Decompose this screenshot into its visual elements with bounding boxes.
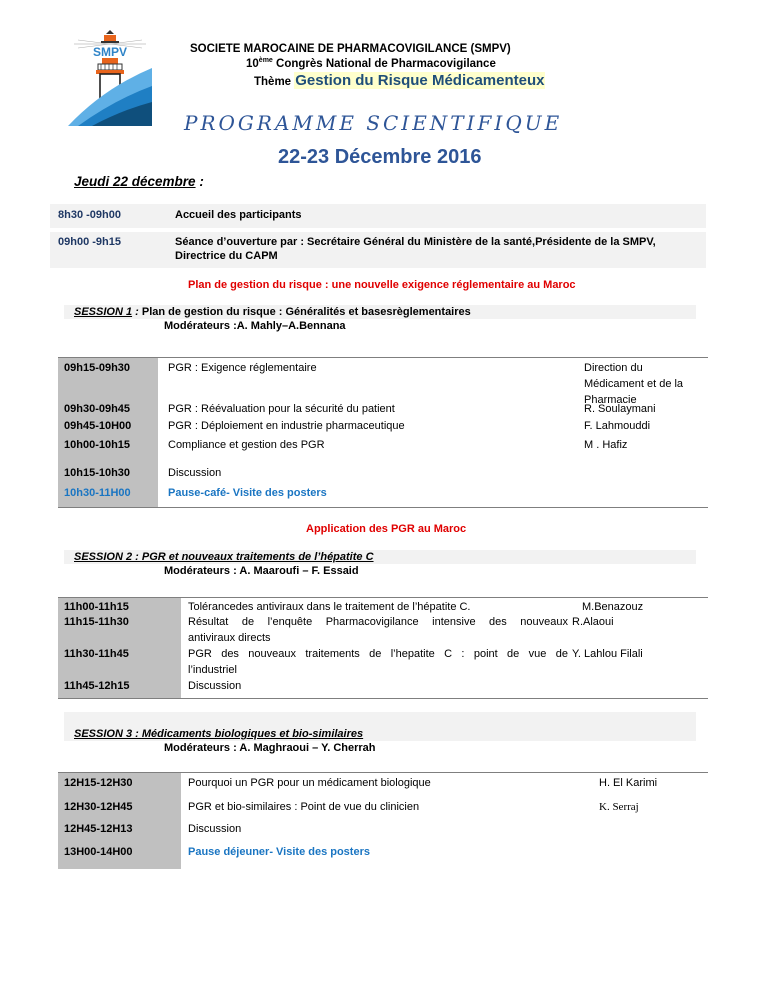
row-desc: Discussion [168,465,221,481]
svg-text:SMPV: SMPV [93,45,127,59]
theme-line: Thème Gestion du Risque Médicamenteux [254,72,545,89]
program-title: PROGRAMME SCIENTIFIQUE [184,111,562,135]
session-1-title: SESSION 1 : Plan de gestion du risque : … [74,306,471,318]
row-speaker: M.Benazouz [582,599,643,615]
congress-number: 10 [246,58,259,70]
opening-row: 8h30 -09h00 Accueil des participants [50,204,706,228]
session-name: Plan de gestion du risque : Généralités … [142,306,471,318]
row-speaker: H. El Karimi [599,775,657,791]
row-time: 10h00-10h15 [64,437,130,453]
smpv-logo: SMPV [64,30,156,126]
row-desc: PGR des nouveaux traitements de l’hepati… [188,646,568,662]
row-speaker: R. Soulaymani [584,401,656,417]
row-speaker: Y. Lahlou Filali [572,646,643,662]
row-speaker-cont: Médicament et de la [584,376,683,392]
session-label: SESSION 3 : Médicaments biologiques et b… [74,728,363,740]
session-2-title: SESSION 2 : PGR et nouveaux traitements … [74,551,374,563]
section-heading: Application des PGR au Maroc [306,523,466,535]
row-desc: Séance d’ouverture par : Secrétaire Géné… [175,236,656,248]
day-suffix: : [196,174,204,189]
row-time: 09h00 -9h15 [58,236,121,248]
row-desc: Pause déjeuner- Visite des posters [188,844,370,860]
session-2-moderators: Modérateurs : A. Maaroufi – F. Essaid [164,565,359,577]
row-desc-cont: antiviraux directs [188,630,271,646]
theme-value: Gestion du Risque Médicamenteux [294,72,545,89]
day-name: Jeudi 22 décembre [74,174,196,189]
row-desc: Discussion [188,678,241,694]
row-time: 11h00-11h15 [64,599,129,615]
row-desc-cont: l’industriel [188,662,237,678]
row-time: 10h15-10h30 [64,465,130,481]
row-time: 11h30-11h45 [64,646,129,662]
org-name: SOCIETE MAROCAINE DE PHARMACOVIGILANCE (… [190,43,511,55]
congress-ordinal: ème [259,57,273,64]
session-3-table: 12H15-12H30 Pourquoi un PGR pour un médi… [58,772,708,869]
row-speaker: R.Alaoui [572,614,614,630]
row-desc: Compliance et gestion des PGR [168,437,325,453]
row-time: 8h30 -09h00 [58,209,121,221]
row-speaker: F. Lahmouddi [584,418,650,434]
row-desc-cont: Directrice du CAPM [175,250,278,262]
row-desc: Pause-café- Visite des posters [168,485,327,501]
row-time: 12H30-12H45 [64,799,133,815]
row-desc: Accueil des participants [175,209,302,221]
opening-row: 09h00 -9h15 Séance d’ouverture par : Sec… [50,232,706,268]
session-3-moderators: Modérateurs : A. Maghraoui – Y. Cherrah [164,742,376,754]
row-desc: PGR : Exigence réglementaire [168,360,317,376]
row-time: 09h30-09h45 [64,401,130,417]
row-desc: Résultat de l’enquête Pharmacovigilance … [188,614,568,630]
congress-text: Congrès National de Pharmacovigilance [273,58,496,70]
row-time: 13H00-14H00 [64,844,133,860]
lighthouse-logo-icon: SMPV [64,30,156,126]
row-time: 09h45-10H00 [64,418,131,434]
session-label: SESSION 2 : PGR et nouveaux traitements … [74,551,374,563]
session-1-table: 09h15-09h30 PGR : Exigence réglementaire… [58,357,708,508]
row-speaker: K. Serraj [599,799,639,815]
session-2-table: 11h00-11h15 Tolérancedes antiviraux dans… [58,597,708,699]
session-sep: : [132,306,142,318]
row-time: 09h15-09h30 [64,360,130,376]
row-time: 12H45-12H13 [64,821,133,837]
row-time: 12H15-12H30 [64,775,133,791]
section-heading: Plan de gestion du risque : une nouvelle… [188,279,576,291]
row-desc: Pourquoi un PGR pour un médicament biolo… [188,775,431,791]
row-speaker: Direction du [584,360,643,376]
row-desc: PGR et bio-similaires : Point de vue du … [188,799,419,815]
session-1-moderators: Modérateurs :A. Mahly–A.Bennana [164,320,346,332]
row-time: 11h45-12h15 [64,678,129,694]
row-time: 10h30-11H00 [64,485,131,501]
session-3-title: SESSION 3 : Médicaments biologiques et b… [74,728,363,740]
row-desc: PGR : Déploiement en industrie pharmaceu… [168,418,405,434]
row-desc: Tolérancedes antiviraux dans le traiteme… [188,599,471,615]
row-desc: PGR : Réévaluation pour la sécurité du p… [168,401,395,417]
row-time: 11h15-11h30 [64,614,129,630]
row-speaker: M . Hafiz [584,437,627,453]
event-dates: 22-23 Décembre 2016 [278,146,481,169]
congress-name: 10ème Congrès National de Pharmacovigila… [246,57,496,70]
day-label: Jeudi 22 décembre : [74,174,204,189]
session-label: SESSION 1 [74,306,132,318]
theme-label: Thème [254,76,294,88]
row-desc: Discussion [188,821,241,837]
